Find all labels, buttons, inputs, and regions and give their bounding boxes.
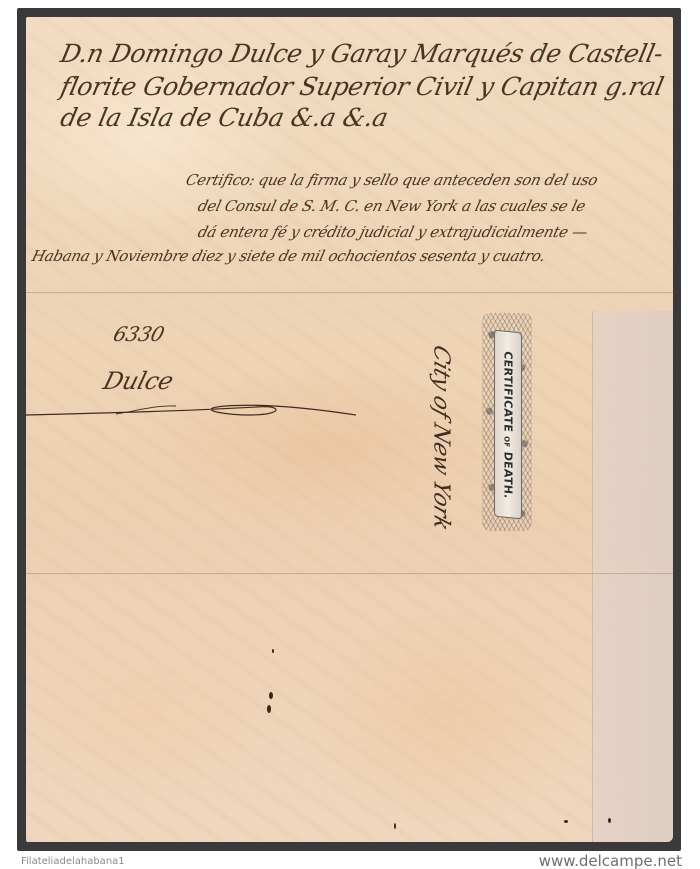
signature-number: 6330 — [111, 322, 167, 346]
ribbon-text: CERTIFICATE OF DEATH. — [502, 350, 515, 499]
body-line-3: dá entera fé y crédito judicial y extraj… — [196, 223, 589, 241]
signature-flourish-icon — [26, 397, 356, 423]
fold-line-lower — [26, 573, 673, 575]
ink-spot — [269, 692, 273, 699]
body-line-1: Certifico: que la firma y sello que ante… — [184, 171, 600, 189]
ink-spot — [564, 820, 568, 823]
document-paper: D.n Domingo Dulce y Garay Marqués de Cas… — [26, 17, 673, 842]
fold-line-upper — [26, 292, 673, 294]
header-line-1: D.n Domingo Dulce y Garay Marqués de Cas… — [58, 39, 665, 68]
vertical-annotation: City of New York — [429, 333, 454, 541]
body-line-4: Habana y Noviembre diez y siete de mil o… — [30, 247, 547, 265]
ink-spot — [272, 649, 274, 653]
ink-spot — [394, 823, 396, 829]
ink-spot — [608, 818, 611, 823]
body-line-2: del Consul de S. M. C. en New York a las… — [196, 197, 587, 215]
ink-spot — [267, 705, 271, 713]
certificate-of-death-engraving: CERTIFICATE OF DEATH. — [482, 313, 532, 531]
translucent-paper-strip — [592, 311, 673, 842]
header-line-2: florite Gobernador Superior Civil y Capi… — [58, 72, 666, 101]
site-watermark: www.delcampe.net — [539, 852, 682, 869]
signature-name: Dulce — [100, 367, 176, 395]
header-line-3: de la Isla de Cuba &.a &.a — [58, 103, 391, 132]
engraved-ribbon: CERTIFICATE OF DEATH. — [494, 330, 522, 520]
seller-name: Filateliadelahabana1 — [21, 856, 125, 867]
